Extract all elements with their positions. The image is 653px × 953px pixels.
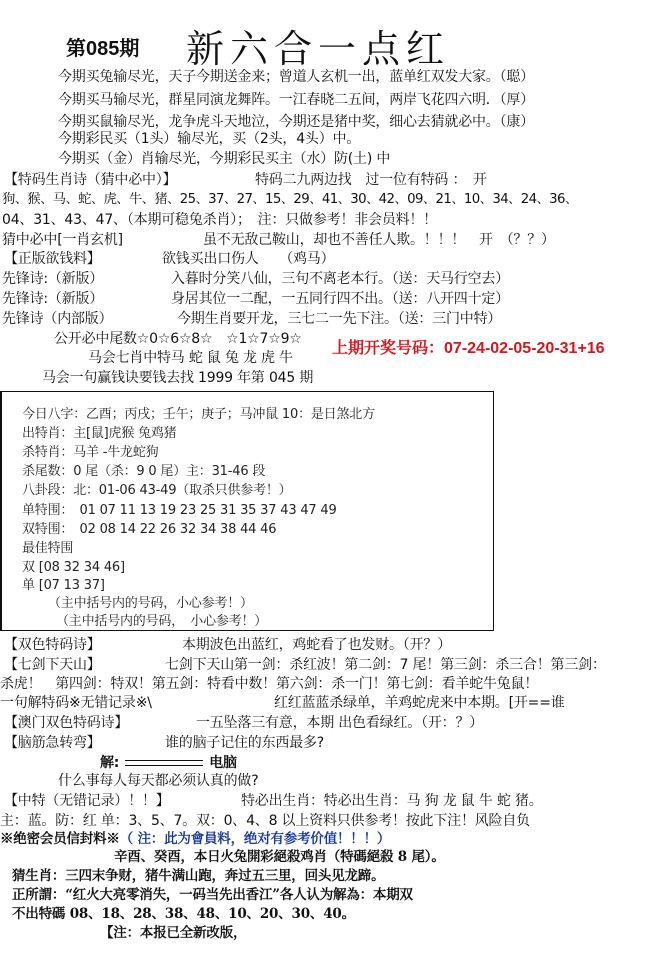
riddle-answer: 解:电脑 <box>100 754 237 772</box>
riddle-answer-label: 解: <box>100 755 119 771</box>
page-title: 新六合一点红 <box>186 18 450 73</box>
issue-number: 第085期 <box>66 32 139 61</box>
guess-label: 猜中必中[一肖玄机] <box>2 231 123 249</box>
macau-label: 【澳门双色特码诗】 <box>4 714 128 732</box>
last-draw-label: 上期开奖号码： <box>332 340 444 357</box>
box-note-1: （主中括号内的号码，小心参考！） <box>48 595 253 612</box>
vanguard-text-1: 入暮时分笑八仙，三句不离老本行。（送：天马行空去） <box>171 270 509 288</box>
guess-text: 虽不无敌己鞍山，却也不善任人欺。！！！ 开 （？？） <box>203 231 555 249</box>
riddle-question-2: 什么事每人每天都必须认真的做? <box>58 772 258 790</box>
member-line: ※绝密会员信封料※（ 注：此为會員料，绝对有参考价值！！！） <box>0 830 390 848</box>
seven-swords-text: 七剑下天山第一剑：杀红波！第二剑：7 尾！第三剑：杀三合！第三剑： <box>165 656 606 674</box>
intro-poem-2: 今期买马输尽光，群星同演龙舞阵。一江春晓二五间，两岸飞花四六明．（厚） <box>58 91 534 109</box>
member-line-3: 正所謂：“红火大亮零消失，一码当先出香江”各人认为解為：本期双 <box>12 886 413 904</box>
one-sentence-label: 一句解特码※无错记录※\ <box>0 694 152 712</box>
vanguard-text-3: 今期生肖要开龙，三七二一先下注。（送：三门中特） <box>177 310 501 328</box>
member-line-4: 不出特碼 08、18、28、38、48、10、20、30、40。 <box>12 905 355 923</box>
box-line-best-odd: 单 [07 13 37] <box>22 577 105 594</box>
seven-swords-label: 【七剑下天山】 <box>4 656 101 674</box>
special-hit-label: 【中特（无错记录）！！】 <box>4 792 170 810</box>
special-hit-line2: 主：蓝。防：红 单：3、5、7。双：0、4、8 以上资料只供参考！按此下注！风险… <box>0 812 530 830</box>
member-note: （ 注：此为會員料，绝对有参考价值！！！） <box>120 831 391 847</box>
box-line-even-range: 双特围： 02 08 14 22 26 32 34 38 44 46 <box>22 521 276 538</box>
special-poem-list-2: 04、31、43、47、（本期可稳兔杀肖）； 注：只做参考！非会员料！！ <box>2 211 437 229</box>
last-draw-numbers: 07-24-02-05-20-31+16 <box>444 340 605 357</box>
vanguard-label-3: 先锋诗（内部版） <box>2 310 112 328</box>
answer-rule <box>125 760 203 766</box>
double-color-label: 【双色特码诗】 <box>4 636 101 654</box>
one-phrase: 马会一句赢钱诀要钱去找 1999 年第 045 期 <box>42 369 313 387</box>
box-line-out-zodiac: 出特肖：主[鼠]虎猴 兔鸡猪 <box>22 425 176 442</box>
special-hit-text: 特必出生肖：特必出生肖：马 狗 龙 鼠 牛 蛇 猪。 <box>241 792 543 810</box>
money-text: 欲钱买出口伤人 （鸡马） <box>162 250 334 268</box>
member-label: ※绝密会员信封料※ <box>0 831 120 847</box>
box-note-2: （主中括号内的号码， 小心参考！） <box>56 613 267 630</box>
special-poem-label: 【特码生肖诗（猜中必中）】 <box>4 171 176 189</box>
vanguard-label-1: 先锋诗:（新版） <box>2 270 103 288</box>
last-draw: 上期开奖号码：07-24-02-05-20-31+16 <box>332 335 605 358</box>
riddle-answer-text: 电脑 <box>209 755 237 771</box>
box-line-kill-zodiac: 杀特肖：马羊 -牛龙蛇狗 <box>22 444 158 461</box>
intro-poem-1: 今期买兔输尽光，天子今期送金来；曾道人玄机一出，蓝单红双发大家。（聪） <box>58 68 534 86</box>
intro-poem-3: 今期买鼠输尽光，龙争虎斗天地泣，今期还是猪中奖，细心去猜就必中。（康） <box>58 113 534 131</box>
special-poem-list-1: 狗、猴、马、蛇、虎、牛、猪、25、37、27、15、29、41、30、42、09… <box>2 191 578 209</box>
macau-text: 一五坠落三有意，本期 出色看绿红。（开：？） <box>196 714 483 732</box>
box-line-best-even: 双 [08 32 34 46] <box>22 559 125 576</box>
vanguard-text-2: 身居其位一二配，一五同行四不出。（送：八开四十定） <box>171 290 509 308</box>
member-line-1: 辛酉、癸酉，本日火兔開彩絕殺鸡肖（特碼絕殺 8 尾）。 <box>114 848 445 866</box>
tail-numbers: 公开必中尾数☆0☆6☆8☆ ☆1☆7☆9☆ <box>54 330 302 348</box>
box-line-best-range: 最佳特围 <box>22 540 73 557</box>
riddle-label: 【脑筋急转弯】 <box>4 734 101 752</box>
vanguard-label-2: 先锋诗:（新版） <box>2 290 103 308</box>
box-line-bagua: 八卦段：北：01-06 43-49（取杀只供参考！） <box>22 482 291 499</box>
box-line-odd-range: 单特围： 01 07 11 13 19 23 25 31 35 37 43 47… <box>22 502 337 519</box>
box-line-kill-tail: 杀尾数：0 尾（杀：9 0 尾）主：31-46 段 <box>22 463 265 480</box>
money-label: 【正版欲钱料】 <box>4 250 101 268</box>
intro-poem-4: 今期彩民买（1头）输尽光，买（2头，4头）中。 <box>58 130 360 148</box>
member-line-2: 猜生肖：三四末争财，猪牛满山跑，奔过五三里，回头见龙蹄。 <box>12 867 384 885</box>
prediction-box: 今日八字：乙酉；丙戌；壬午；庚子；马冲鼠 10：是日煞北方 出特肖：主[鼠]虎猴… <box>0 391 494 631</box>
one-sentence-text: 红红蓝蓝杀绿单，羊鸡蛇虎来中本期。[开==谁 <box>274 694 565 712</box>
seven-swords-line2: 杀虎！ 第四剑：特双！第五剑：特看中数！第六剑：杀一门！第七剑：看羊蛇牛兔鼠！ <box>0 675 538 693</box>
special-poem-text: 特码二九两边找 过一位有特码 ： 开 <box>255 171 487 189</box>
double-color-text: 本期波色出蓝红，鸡蛇看了也发财。（开？） <box>182 636 451 654</box>
riddle-question: 谁的脑子记住的东西最多? <box>165 734 324 752</box>
member-line-5: 【注：本报已全新改版， <box>100 924 246 942</box>
box-line-bazi: 今日八字：乙酉；丙戌；壬午；庚子；马冲鼠 10：是日煞北方 <box>22 406 375 423</box>
intro-poem-5: 今期买（金）肖输尽光，今期彩民买主（水）防(土) 中 <box>58 150 390 168</box>
seven-zodiac: 马会七肖中特马 蛇 鼠 兔 龙 虎 牛 <box>88 349 293 367</box>
